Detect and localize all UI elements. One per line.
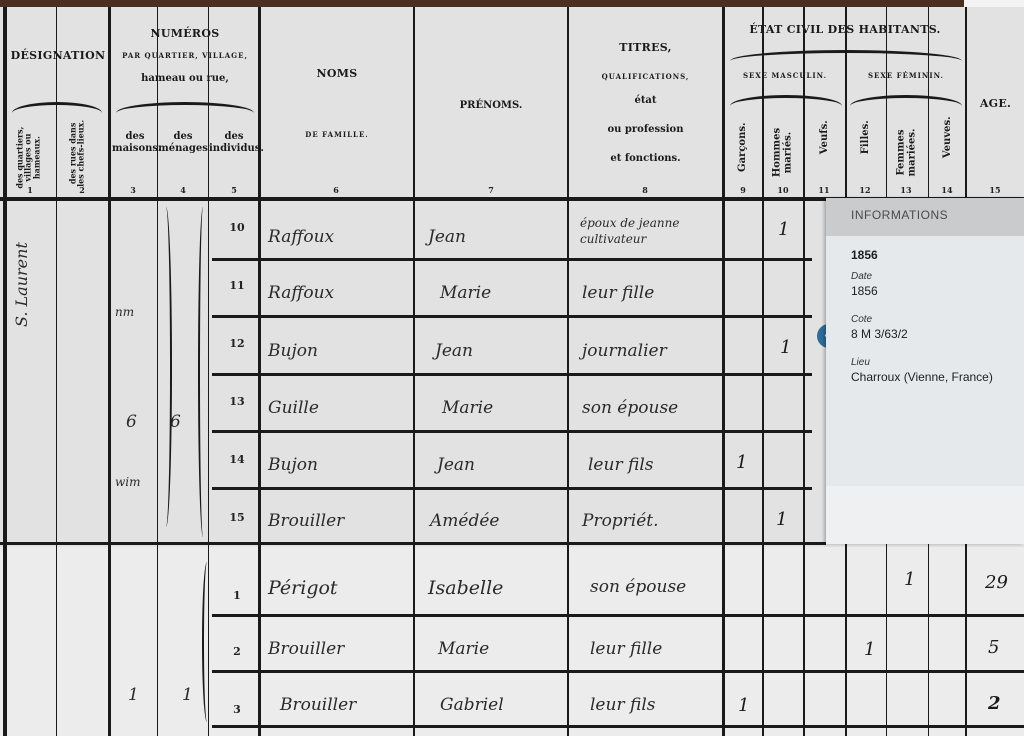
header-hameau: hameau ou rue, (112, 73, 258, 85)
cell-nom: Brouiller (280, 695, 356, 715)
header-numeros: NUMÉROS (112, 27, 258, 40)
cell-prenom: Jean (428, 227, 466, 247)
lower-menages-count: 1 (182, 685, 193, 705)
individus-bracket (198, 207, 208, 537)
column-number: 7 (481, 185, 501, 195)
cell-titre: époux de jeanne cultivateur (580, 215, 718, 247)
menage-bracket (160, 207, 172, 527)
header-veufs: Veufs. (820, 106, 831, 168)
col-divider-minor (56, 7, 57, 736)
section-rule (0, 542, 826, 545)
header-titres: TITRES, (569, 41, 722, 54)
column-number: 8 (635, 185, 655, 195)
col-divider-minor (762, 7, 764, 736)
header-hommes-maries: Hommes mariés. (773, 122, 794, 184)
header-etat-civil: ÉTAT CIVIL DES HABITANTS. (725, 23, 965, 36)
row-rule (212, 373, 812, 376)
header-menages: des ménages (158, 131, 208, 155)
info-field-lieu: Lieu Charroux (Vienne, France) (851, 357, 999, 384)
field-value: Charroux (Vienne, France) (851, 370, 999, 384)
cell-titre: son épouse (582, 398, 678, 418)
header-profession: ou profession (569, 124, 722, 136)
cell-prenom: Marie (438, 639, 489, 659)
cell-titre: son épouse (590, 577, 686, 597)
cell-femmes-mariees: 1 (904, 569, 915, 590)
info-panel-footer (826, 486, 1024, 544)
cell-nom: Bujon (268, 341, 318, 361)
row-rule (212, 258, 812, 261)
cell-hommes-maries: 1 (778, 219, 789, 240)
field-value: 1856 (851, 284, 999, 298)
col-divider (722, 7, 725, 736)
column-number: 12 (855, 185, 875, 195)
header-brace (730, 95, 842, 106)
cell-titre: leur fils (588, 455, 653, 475)
cell-prenom: Jean (437, 455, 475, 475)
col-divider-minor (803, 7, 805, 736)
cell-age: 29 (985, 572, 1008, 593)
cell-titre: leur fils (590, 695, 655, 715)
header-numeros-sub: PAR QUARTIER, VILLAGE, (112, 52, 258, 60)
cell-age: 2 (988, 693, 1001, 714)
info-panel-title: 1856 (851, 248, 999, 262)
row-rule (212, 487, 812, 490)
cell-hommes-maries: 1 (780, 337, 791, 358)
cell-garcons: 1 (736, 452, 747, 473)
cell-titre: leur fille (582, 283, 654, 303)
header-veuves: Veuves. (943, 106, 954, 168)
header-prenoms: PRÉNOMS. (415, 100, 567, 112)
col-divider (413, 7, 415, 736)
border-left (3, 7, 7, 736)
column-number: 9 (733, 185, 753, 195)
header-rues: des rues dans les chefs-lieux. (69, 118, 86, 188)
col-divider (567, 7, 569, 736)
header-brace (12, 102, 102, 113)
header-garcons: Garçons. (738, 116, 749, 178)
cell-prenom: Gabriel (440, 695, 504, 715)
info-field-cote: Cote 8 M 3/63/2 (851, 314, 999, 341)
header-sexe-feminin: SEXE FÉMININ. (847, 72, 965, 80)
cell-filles: 1 (864, 639, 875, 660)
individus-bracket (202, 562, 212, 722)
column-number: 10 (773, 185, 793, 195)
header-filles: Filles. (861, 106, 872, 168)
cell-prenom: Marie (440, 283, 491, 303)
col-divider-minor (157, 7, 158, 736)
header-brace (116, 102, 254, 113)
row-rule (212, 315, 812, 318)
column-number: 4 (173, 185, 193, 195)
header-designation: DÉSIGNATION (8, 49, 108, 62)
column-number: 6 (326, 185, 346, 195)
field-label: Cote (851, 314, 999, 325)
info-panel: INFORMATIONS 1856 Date 1856 Cote 8 M 3/6… (826, 198, 1024, 544)
header-femmes-mariees: Femmes mariées. (897, 122, 918, 184)
cell-prenom: Isabelle (428, 577, 503, 599)
header-maisons: des maisons. (112, 131, 158, 155)
column-number: 14 (937, 185, 957, 195)
cell-hommes-maries: 1 (776, 509, 787, 530)
column-number: 1 (20, 185, 40, 195)
row-number: 12 (216, 337, 258, 350)
header-sexe-masculin: SEXE MASCULIN. (725, 72, 845, 80)
cell-age: 5 (988, 637, 999, 658)
column-number: 2 (72, 185, 92, 195)
row-number: 14 (216, 453, 258, 466)
maison-mark: wim (115, 475, 141, 489)
quartier-handwriting: S. Laurent (12, 242, 31, 327)
lower-maisons-count: 1 (128, 685, 139, 705)
cell-nom: Brouiller (268, 511, 344, 531)
window-top-bar (0, 0, 1024, 7)
row-rule (212, 430, 812, 433)
row-number: 2 (216, 645, 258, 658)
cell-nom: Raffoux (268, 283, 334, 303)
info-panel-header: INFORMATIONS (826, 198, 1024, 236)
field-value: 8 M 3/63/2 (851, 327, 999, 341)
row-number: 10 (216, 221, 258, 234)
header-age: AGE. (967, 97, 1024, 110)
cell-prenom: Jean (435, 341, 473, 361)
row-number: 3 (216, 703, 258, 716)
cell-garcons: 1 (738, 695, 749, 716)
cell-titre: leur fille (590, 639, 662, 659)
cell-nom: Raffoux (268, 227, 334, 247)
cell-nom: Bujon (268, 455, 318, 475)
cell-nom: Brouiller (268, 639, 344, 659)
cell-nom: Guille (268, 398, 319, 418)
row-rule (212, 670, 1024, 673)
maisons-count: 6 (126, 412, 137, 432)
cell-prenom: Marie (442, 398, 493, 418)
header-brace (850, 95, 962, 106)
cell-titre: Propriét. (582, 511, 659, 531)
cell-prenom: Amédée (430, 511, 499, 531)
row-number: 15 (216, 511, 258, 524)
column-number: 3 (123, 185, 143, 195)
row-number: 1 (216, 589, 258, 602)
header-qualifications: QUALIFICATIONS, (569, 73, 722, 81)
header-noms-sub: DE FAMILLE. (261, 131, 413, 139)
field-label: Date (851, 271, 999, 282)
row-number: 13 (216, 395, 258, 408)
header-individus: des individus. (209, 131, 259, 155)
column-number: 13 (896, 185, 916, 195)
col-divider (258, 7, 261, 736)
row-rule (212, 725, 1024, 728)
cell-nom: Périgot (268, 577, 338, 599)
row-rule (212, 614, 1024, 617)
window-top-bar-corner (964, 0, 1024, 7)
info-field-date: Date 1856 (851, 271, 999, 298)
column-number: 11 (814, 185, 834, 195)
header-noms: NOMS (261, 67, 413, 80)
header-etat: état (569, 95, 722, 107)
col-divider (108, 7, 111, 736)
maison-mark: nm (115, 305, 134, 319)
header-fonctions: et fonctions. (569, 153, 722, 165)
row-number: 11 (216, 279, 258, 292)
column-number: 5 (224, 185, 244, 195)
column-number: 15 (985, 185, 1005, 195)
cell-titre: journalier (582, 341, 667, 361)
field-label: Lieu (851, 357, 999, 368)
